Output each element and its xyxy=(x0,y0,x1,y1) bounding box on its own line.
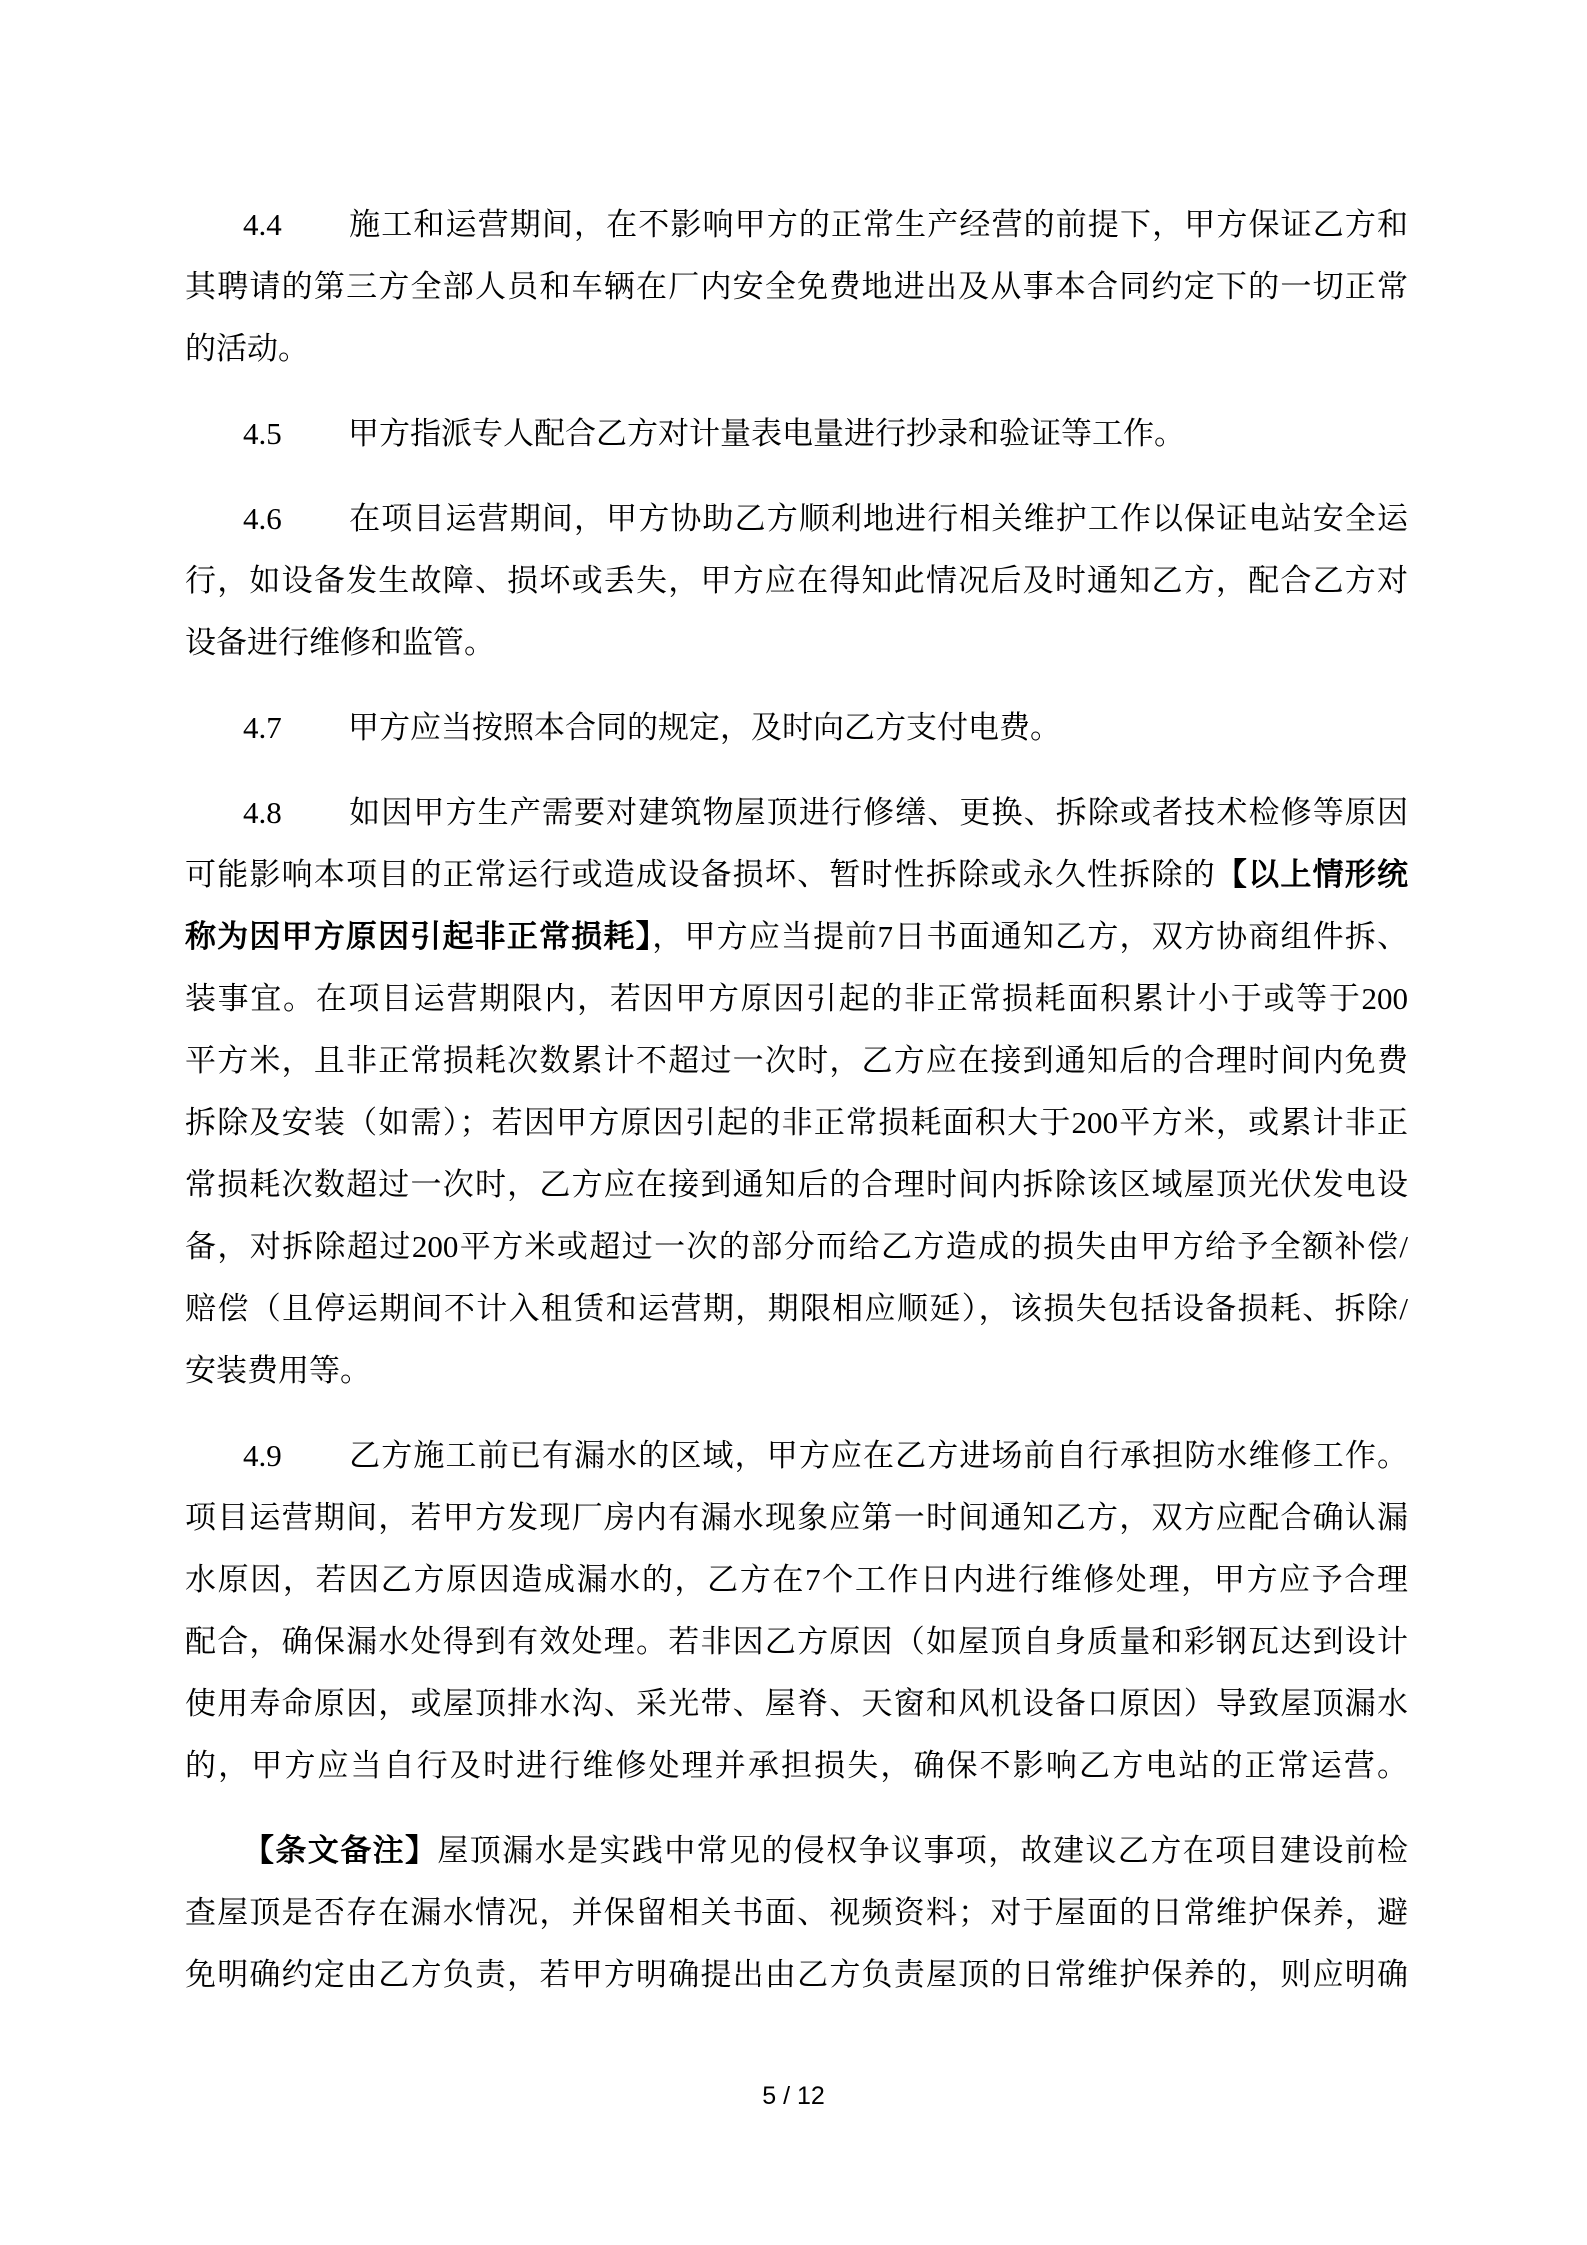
clause-number: 4.6 xyxy=(243,488,348,550)
line-text: 如因甲方生产需要对建筑物屋顶进行修缮、更换、拆除或者技术检修等原因 xyxy=(348,795,1408,830)
line-text: 平方米，且非正常损耗次数累计不超过一次时，乙方应在接到通知后的合理时间内免费 xyxy=(185,1043,1408,1078)
text-line: 平方米，且非正常损耗次数累计不超过一次时，乙方应在接到通知后的合理时间内免费 xyxy=(185,1030,1408,1092)
text-line: 水原因，若因乙方原因造成漏水的，乙方在7个工作日内进行维修处理，甲方应予合理 xyxy=(185,1549,1408,1611)
note-label: 【条文备注】 xyxy=(243,1833,437,1868)
document-page: 4.4施工和运营期间，在不影响甲方的正常生产经营的前提下，甲方保证乙方和 其聘请… xyxy=(0,0,1587,2245)
text-line: 称为因甲方原因引起非正常损耗】，甲方应当提前7日书面通知乙方，双方协商组件拆、 xyxy=(185,906,1408,968)
clause-4-9: 4.9乙方施工前已有漏水的区域，甲方应在乙方进场前自行承担防水维修工作。 项目运… xyxy=(185,1425,1408,1797)
line-text: 配合，确保漏水处得到有效处理。若非因乙方原因（如屋顶自身质量和彩钢瓦达到设计 xyxy=(185,1624,1408,1659)
text-line: 的，甲方应当自行及时进行维修处理并承担损失，确保不影响乙方电站的正常运营。 xyxy=(185,1735,1408,1797)
line-text: 水原因，若因乙方原因造成漏水的，乙方在7个工作日内进行维修处理，甲方应予合理 xyxy=(185,1562,1408,1597)
text-line: 常损耗次数超过一次时，乙方应在接到通知后的合理时间内拆除该区域屋顶光伏发电设 xyxy=(185,1154,1408,1216)
line-text: 的活动。 xyxy=(185,331,309,366)
text-line: 拆除及安装（如需）；若因甲方原因引起的非正常损耗面积大于200平方米，或累计非正 xyxy=(185,1092,1408,1154)
text-line: 查屋顶是否存在漏水情况，并保留相关书面、视频资料；对于屋面的日常维护保养，避 xyxy=(185,1882,1408,1944)
text-line: 行，如设备发生故障、损坏或丢失，甲方应在得知此情况后及时通知乙方，配合乙方对 xyxy=(185,550,1408,612)
line-text: ，甲方应当提前7日书面通知乙方，双方协商组件拆、 xyxy=(652,919,1408,954)
note-paragraph: 【条文备注】屋顶漏水是实践中常见的侵权争议事项，故建议乙方在项目建设前检 查屋顶… xyxy=(185,1820,1408,2006)
page-number: 5 / 12 xyxy=(0,2082,1587,2110)
line-text: 设备进行维修和监管。 xyxy=(185,625,495,660)
text-line: 其聘请的第三方全部人员和车辆在厂内安全免费地进出及从事本合同约定下的一切正常 xyxy=(185,256,1408,318)
clause-4-8: 4.8如因甲方生产需要对建筑物屋顶进行修缮、更换、拆除或者技术检修等原因 可能影… xyxy=(185,782,1408,1402)
clause-4-4: 4.4施工和运营期间，在不影响甲方的正常生产经营的前提下，甲方保证乙方和 其聘请… xyxy=(185,194,1408,380)
line-text: 在项目运营期间，甲方协助乙方顺利地进行相关维护工作以保证电站安全运 xyxy=(348,501,1408,536)
text-line: 4.7甲方应当按照本合同的规定，及时向乙方支付电费。 xyxy=(185,697,1408,759)
text-line: 4.8如因甲方生产需要对建筑物屋顶进行修缮、更换、拆除或者技术检修等原因 xyxy=(185,782,1408,844)
text-line: 安装费用等。 xyxy=(185,1340,1408,1402)
line-text: 安装费用等。 xyxy=(185,1353,371,1388)
line-text: 项目运营期间，若甲方发现厂房内有漏水现象应第一时间通知乙方，双方应配合确认漏 xyxy=(185,1500,1408,1535)
text-line: 配合，确保漏水处得到有效处理。若非因乙方原因（如屋顶自身质量和彩钢瓦达到设计 xyxy=(185,1611,1408,1673)
text-line: 设备进行维修和监管。 xyxy=(185,612,1408,674)
line-text: 甲方应当按照本合同的规定，及时向乙方支付电费。 xyxy=(348,710,1061,745)
clause-4-6: 4.6在项目运营期间，甲方协助乙方顺利地进行相关维护工作以保证电站安全运 行，如… xyxy=(185,488,1408,674)
line-text: 免明确约定由乙方负责，若甲方明确提出由乙方负责屋顶的日常维护保养的，则应明确 xyxy=(185,1957,1408,1992)
line-text: 行，如设备发生故障、损坏或丢失，甲方应在得知此情况后及时通知乙方，配合乙方对 xyxy=(185,563,1408,598)
line-text: 查屋顶是否存在漏水情况，并保留相关书面、视频资料；对于屋面的日常维护保养，避 xyxy=(185,1895,1408,1930)
line-text: 可能影响本项目的正常运行或造成设备损坏、暂时性拆除或永久性拆除的 xyxy=(185,857,1216,892)
text-line: 可能影响本项目的正常运行或造成设备损坏、暂时性拆除或永久性拆除的【以上情形统 xyxy=(185,844,1408,906)
line-text: 赔偿（且停运期间不计入租赁和运营期，期限相应顺延），该损失包括设备损耗、拆除/ xyxy=(185,1291,1408,1326)
line-text: 乙方施工前已有漏水的区域，甲方应在乙方进场前自行承担防水维修工作。 xyxy=(348,1438,1408,1473)
clause-number: 4.8 xyxy=(243,782,348,844)
line-text: 拆除及安装（如需）；若因甲方原因引起的非正常损耗面积大于200平方米，或累计非正 xyxy=(185,1105,1408,1140)
clause-4-7: 4.7甲方应当按照本合同的规定，及时向乙方支付电费。 xyxy=(185,697,1408,759)
text-line: 的活动。 xyxy=(185,318,1408,380)
clause-number: 4.5 xyxy=(243,403,348,465)
line-text: 施工和运营期间，在不影响甲方的正常生产经营的前提下，甲方保证乙方和 xyxy=(348,207,1408,242)
line-text: 装事宜。在项目运营期限内，若因甲方原因引起的非正常损耗面积累计小于或等于200 xyxy=(185,981,1408,1016)
text-line: 4.5甲方指派专人配合乙方对计量表电量进行抄录和验证等工作。 xyxy=(185,403,1408,465)
line-text: 甲方指派专人配合乙方对计量表电量进行抄录和验证等工作。 xyxy=(348,416,1185,451)
line-text: 其聘请的第三方全部人员和车辆在厂内安全免费地进出及从事本合同约定下的一切正常 xyxy=(185,269,1408,304)
line-text: 的，甲方应当自行及时进行维修处理并承担损失，确保不影响乙方电站的正常运营。 xyxy=(185,1748,1408,1783)
line-text: 使用寿命原因，或屋顶排水沟、采光带、屋脊、天窗和风机设备口原因）导致屋顶漏水 xyxy=(185,1686,1408,1721)
bold-definition-text: 称为因甲方原因引起非正常损耗】 xyxy=(185,919,652,954)
clause-4-5: 4.5甲方指派专人配合乙方对计量表电量进行抄录和验证等工作。 xyxy=(185,403,1408,465)
text-line: 4.6在项目运营期间，甲方协助乙方顺利地进行相关维护工作以保证电站安全运 xyxy=(185,488,1408,550)
line-text: 屋顶漏水是实践中常见的侵权争议事项，故建议乙方在项目建设前检 xyxy=(437,1833,1408,1868)
text-line: 4.9乙方施工前已有漏水的区域，甲方应在乙方进场前自行承担防水维修工作。 xyxy=(185,1425,1408,1487)
text-line: 项目运营期间，若甲方发现厂房内有漏水现象应第一时间通知乙方，双方应配合确认漏 xyxy=(185,1487,1408,1549)
text-line: 使用寿命原因，或屋顶排水沟、采光带、屋脊、天窗和风机设备口原因）导致屋顶漏水 xyxy=(185,1673,1408,1735)
clause-number: 4.7 xyxy=(243,697,348,759)
text-line: 装事宜。在项目运营期限内，若因甲方原因引起的非正常损耗面积累计小于或等于200 xyxy=(185,968,1408,1030)
text-line: 赔偿（且停运期间不计入租赁和运营期，期限相应顺延），该损失包括设备损耗、拆除/ xyxy=(185,1278,1408,1340)
clause-number: 4.4 xyxy=(243,194,348,256)
line-text: 备，对拆除超过200平方米或超过一次的部分而给乙方造成的损失由甲方给予全额补偿/ xyxy=(185,1229,1408,1264)
text-line: 4.4施工和运营期间，在不影响甲方的正常生产经营的前提下，甲方保证乙方和 xyxy=(185,194,1408,256)
contract-body: 4.4施工和运营期间，在不影响甲方的正常生产经营的前提下，甲方保证乙方和 其聘请… xyxy=(185,194,1408,2006)
bold-definition-text: 【以上情形统 xyxy=(1216,857,1408,892)
text-line: 【条文备注】屋顶漏水是实践中常见的侵权争议事项，故建议乙方在项目建设前检 xyxy=(185,1820,1408,1882)
text-line: 免明确约定由乙方负责，若甲方明确提出由乙方负责屋顶的日常维护保养的，则应明确 xyxy=(185,1944,1408,2006)
text-line: 备，对拆除超过200平方米或超过一次的部分而给乙方造成的损失由甲方给予全额补偿/ xyxy=(185,1216,1408,1278)
line-text: 常损耗次数超过一次时，乙方应在接到通知后的合理时间内拆除该区域屋顶光伏发电设 xyxy=(185,1167,1408,1202)
clause-number: 4.9 xyxy=(243,1425,348,1487)
